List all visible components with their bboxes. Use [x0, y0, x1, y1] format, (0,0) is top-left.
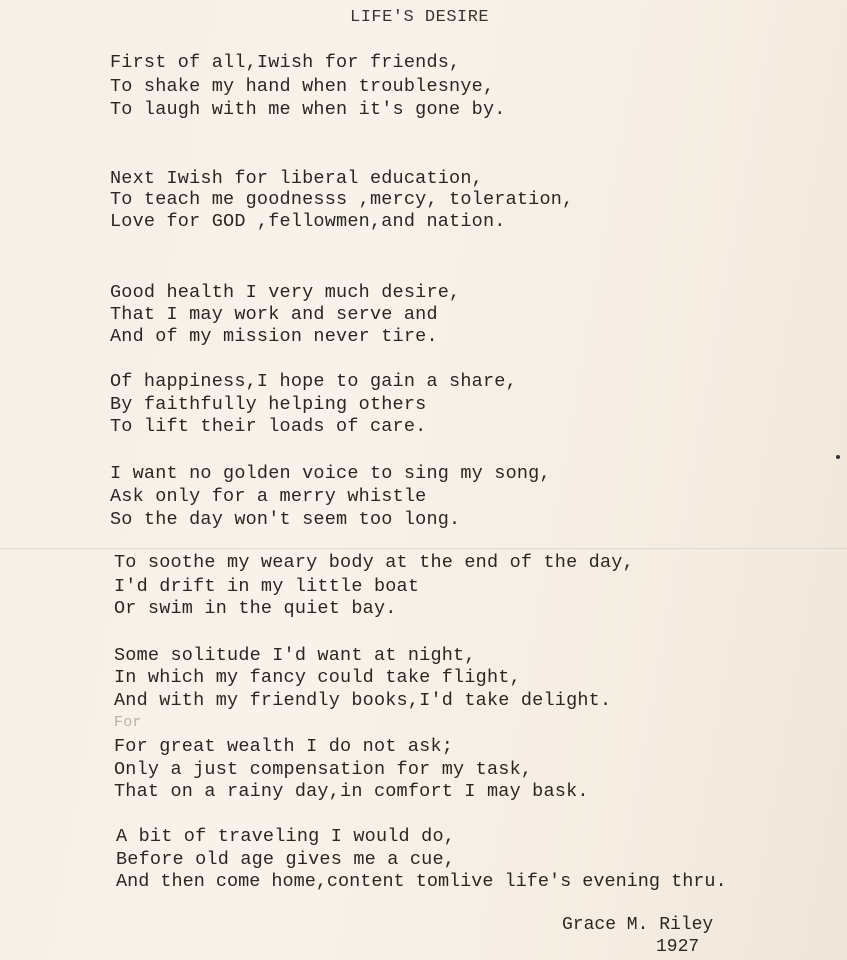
poem-line: I'd drift in my little boat [114, 576, 419, 597]
poem-line: Good health I very much desire, [110, 282, 460, 303]
poem-line: In which my fancy could take flight, [114, 667, 521, 688]
poem-line: To shake my hand when troublesnye, [110, 76, 494, 97]
poem-title: LIFE'S DESIRE [350, 8, 489, 27]
faint-overtype-text: For [114, 714, 142, 731]
poem-line: And then come home,content tomlive life'… [116, 871, 727, 892]
poem-line: Some solitude I'd want at night, [114, 645, 476, 666]
poem-line: That on a rainy day,in comfort I may bas… [114, 781, 589, 802]
poem-line: By faithfully helping others [110, 394, 426, 415]
poem-line: First of all,Iwish for friends, [110, 52, 460, 73]
poem-line: To soothe my weary body at the end of th… [114, 552, 634, 573]
poem-line: A bit of traveling I would do, [116, 826, 455, 847]
poem-line: Of happiness,I hope to gain a share, [110, 371, 517, 392]
author-signature: Grace M. Riley [562, 915, 713, 935]
poem-line: Love for GOD ,fellowmen,and nation. [110, 211, 506, 232]
poem-line: To teach me goodnesss ,mercy, toleration… [110, 189, 573, 210]
poem-line: So the day won't seem too long. [110, 509, 460, 530]
poem-line: To lift their loads of care. [110, 416, 426, 437]
poem-line: Only a just compensation for my task, [114, 759, 532, 780]
date-year: 1927 [656, 937, 699, 957]
paper-fold-line [0, 548, 847, 551]
poem-line: That I may work and serve and [110, 304, 438, 325]
poem-line: Next Iwish for liberal education, [110, 168, 483, 189]
poem-line: To laugh with me when it's gone by. [110, 99, 506, 120]
poem-line: And of my mission never tire. [110, 326, 438, 347]
poem-line: For great wealth I do not ask; [114, 736, 453, 757]
poem-line: Or swim in the quiet bay. [114, 598, 397, 619]
poem-line: I want no golden voice to sing my song, [110, 463, 551, 484]
poem-line: Ask only for a merry whistle [110, 486, 426, 507]
poem-line: And with my friendly books,I'd take deli… [114, 690, 611, 711]
poem-line: Before old age gives me a cue, [116, 849, 455, 870]
ink-speck [836, 455, 840, 459]
